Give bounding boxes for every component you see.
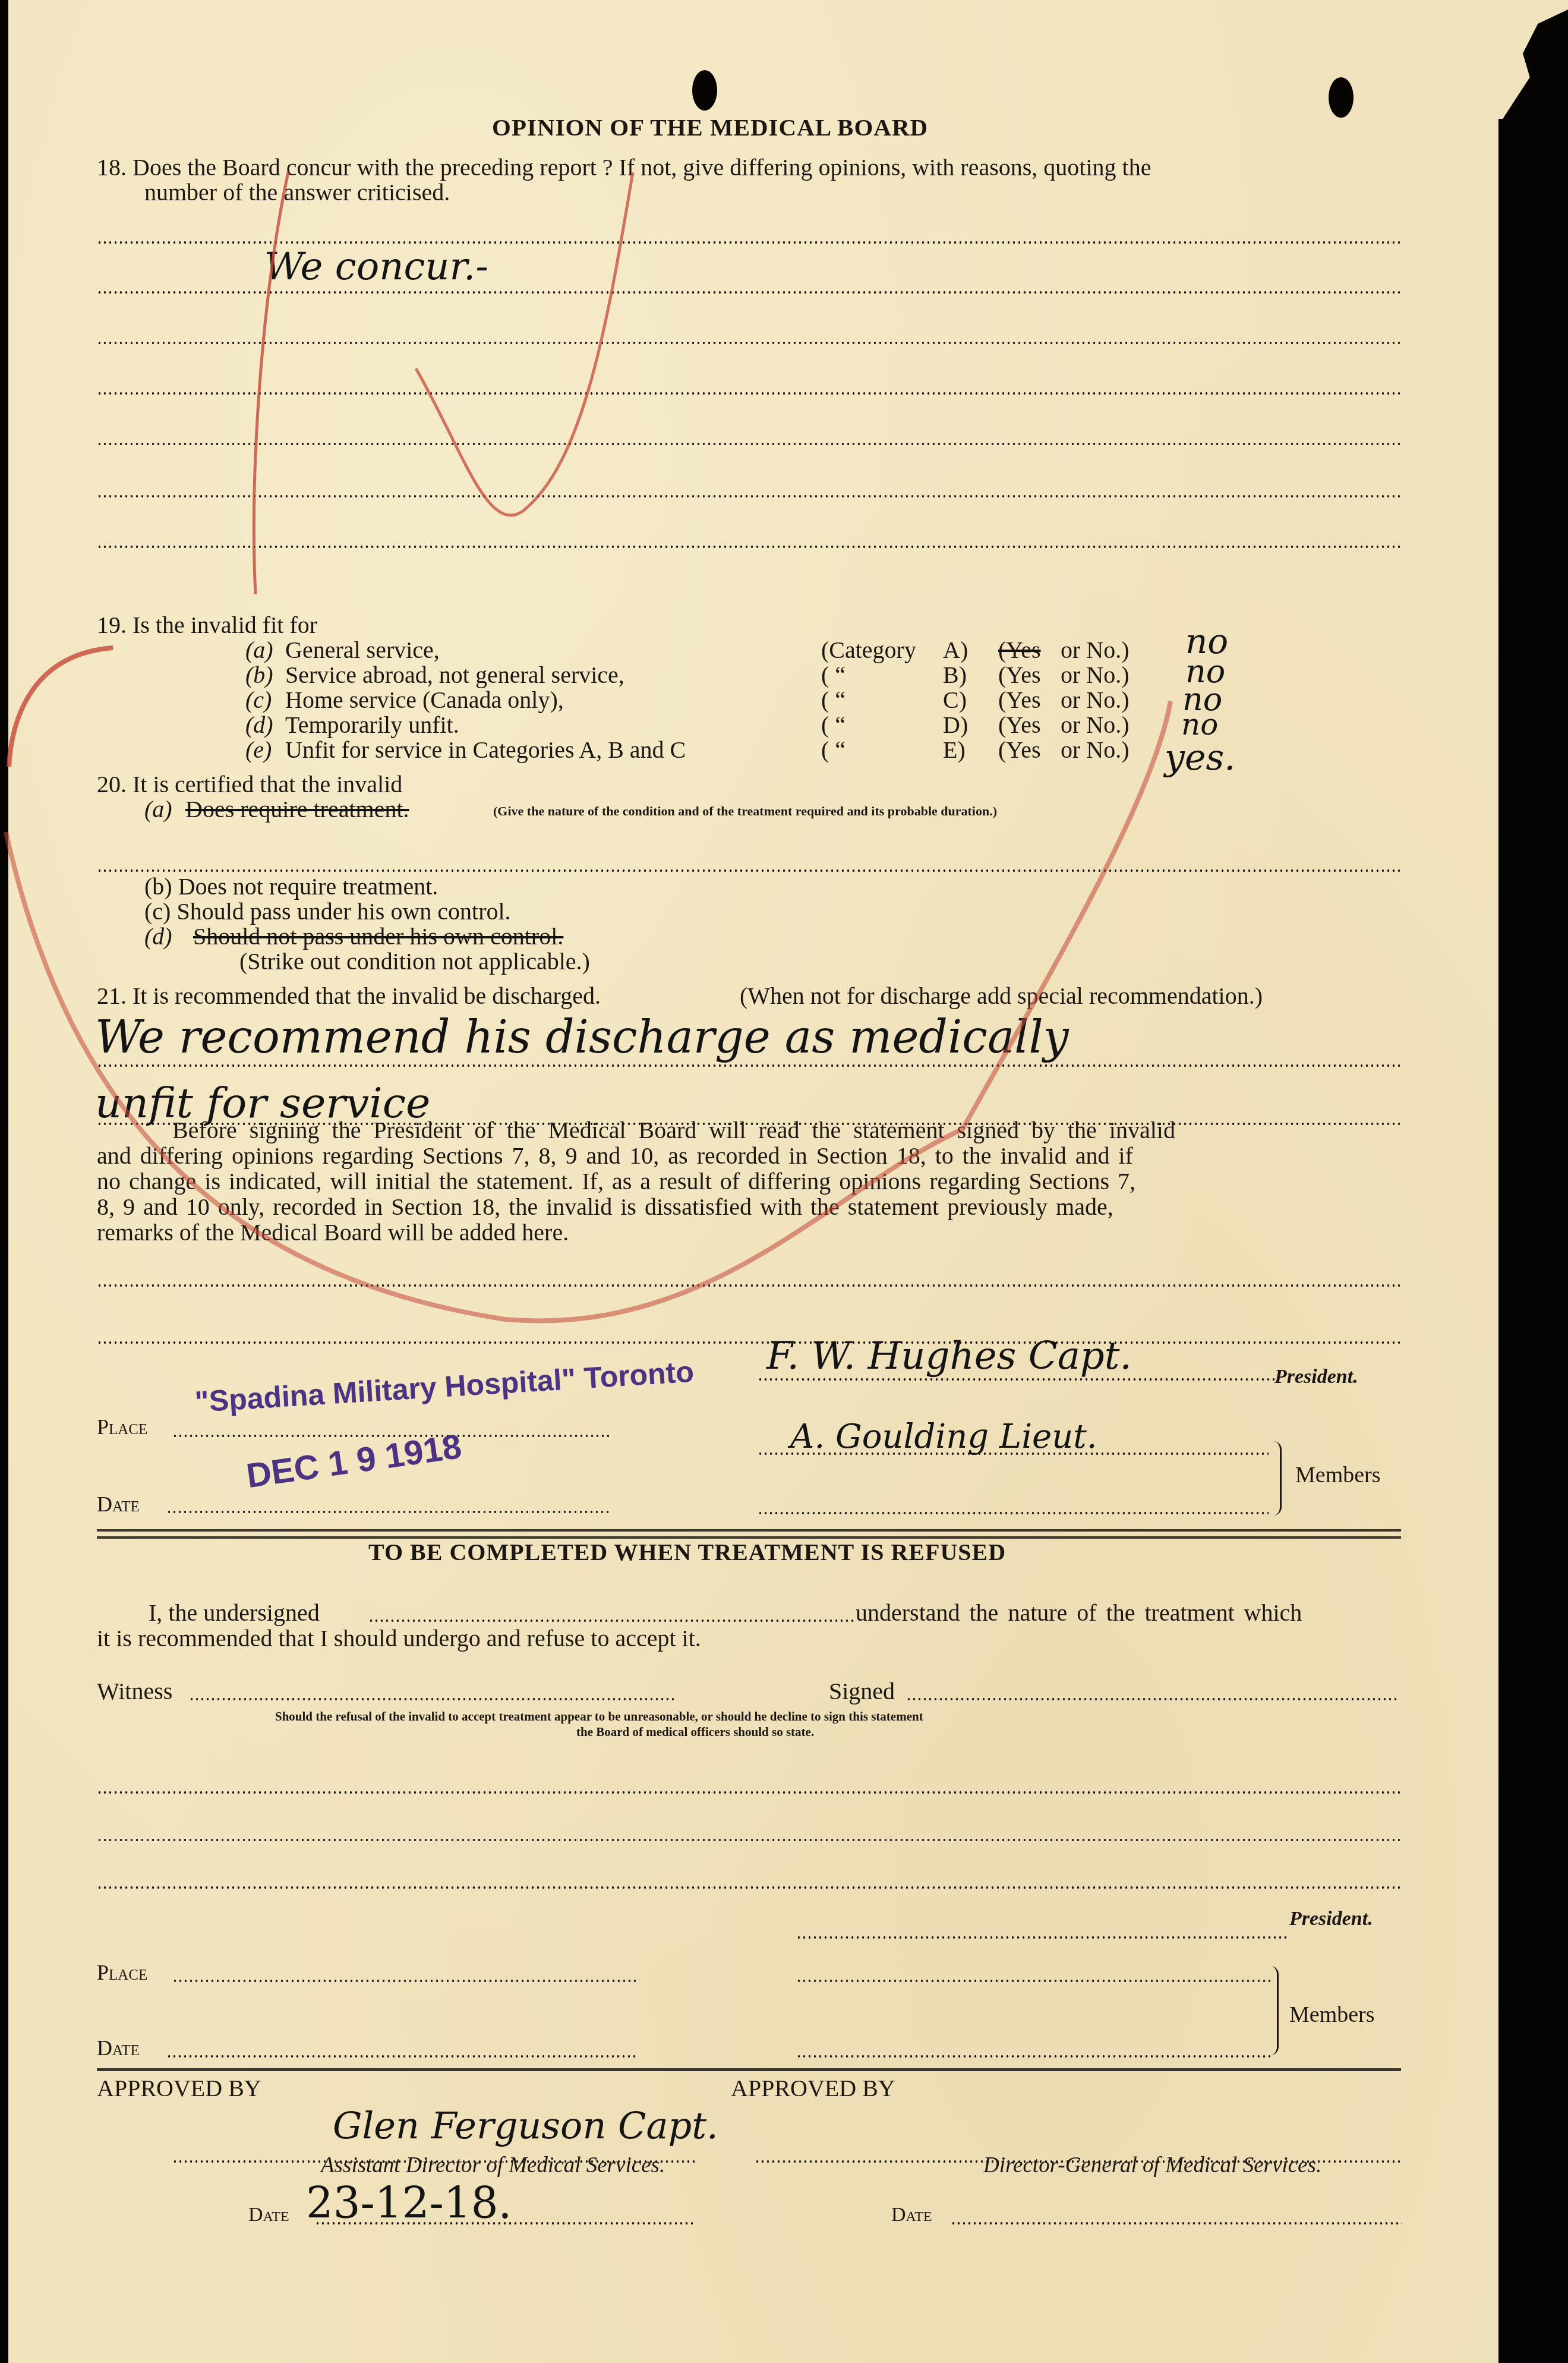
- refusal-members-brace: [1269, 1966, 1279, 2055]
- q21-instruction-line: and differing opinions regarding Section…: [97, 1142, 1133, 1170]
- q18-answer-line-7: [97, 545, 1401, 549]
- refusal-president-label: President.: [1289, 1908, 1373, 1930]
- q21-remarks-line-1: [97, 1284, 1401, 1287]
- q19-letter: (c): [245, 686, 272, 714]
- q19-label: Unfit for service in Categories A, B and…: [285, 736, 686, 764]
- adms-signature[interactable]: Glen Ferguson Capt.: [333, 2104, 718, 2147]
- q20-a-note: (Give the nature of the condition and of…: [493, 804, 997, 819]
- q20-b: (b) Does not require treatment.: [144, 872, 438, 900]
- section-divider-1: [97, 1529, 1401, 1532]
- q21-note: (When not for discharge add special reco…: [740, 982, 1263, 1010]
- q19-or-no: or No.): [1061, 661, 1130, 689]
- q19-letter: (e): [245, 736, 272, 764]
- q19-category-open: ( “: [821, 661, 845, 689]
- q19-category-open: ( “: [821, 711, 845, 739]
- refusal-member-line-2[interactable]: [796, 2055, 1272, 2058]
- punch-hole-left: [692, 70, 717, 111]
- q18-question: 18. Does the Board concur with the prece…: [97, 153, 1151, 181]
- refusal-president-line[interactable]: [796, 1936, 1289, 1939]
- refusal-note-2: the Board of medical officers should so …: [576, 1725, 814, 1740]
- q19-category-open: ( “: [821, 736, 845, 764]
- adms-date-value[interactable]: 23-12-18.: [306, 2178, 512, 2228]
- signed-line[interactable]: [906, 1697, 1399, 1701]
- refusal-place-label: Place: [97, 1960, 147, 1985]
- q19-category: C): [943, 686, 967, 714]
- q20-a-label-struck: Does require treatment.: [185, 795, 409, 823]
- member-signature[interactable]: A. Goulding Lieut.: [790, 1417, 1097, 1456]
- refusal-members-label: Members: [1289, 2002, 1375, 2028]
- members-label: Members: [1295, 1462, 1381, 1488]
- refusal-line-2: it is recommended that I should undergo …: [97, 1624, 701, 1652]
- q21-instruction-line: 8, 9 and 10 only, recorded in Section 18…: [97, 1193, 1113, 1221]
- refusal-remarks-line-1[interactable]: [97, 1791, 1401, 1794]
- q19-label: Temporarily unfit.: [285, 711, 459, 739]
- q19-category-open: (Category: [821, 636, 916, 664]
- q19-category-open: ( “: [821, 686, 845, 714]
- q19-category: A): [943, 636, 968, 664]
- q18-answer-line-4: [97, 392, 1401, 395]
- q19-category: D): [943, 711, 968, 739]
- q21-instruction-line: no change is indicated, will initial the…: [97, 1167, 1135, 1195]
- q19-label: General service,: [285, 636, 440, 664]
- q18-handwritten-answer[interactable]: We concur.-: [264, 245, 488, 289]
- adms-title: Assistant Director of Medical Services.: [321, 2153, 665, 2178]
- refusal-note-1: Should the refusal of the invalid to acc…: [275, 1709, 923, 1724]
- q19-letter: (a): [245, 636, 273, 664]
- approved-by-right: APPROVED BY: [731, 2074, 895, 2102]
- q21-answer-line-1: [97, 1064, 1401, 1067]
- refusal-remarks-line-3[interactable]: [97, 1886, 1401, 1889]
- page-title: OPINION OF THE MEDICAL BOARD: [492, 113, 928, 141]
- q21-heading: 21. It is recommended that the invalid b…: [97, 982, 601, 1010]
- q20-a-letter: (a): [144, 795, 172, 823]
- refusal-title: TO BE COMPLETED WHEN TREATMENT IS REFUSE…: [368, 1538, 1006, 1566]
- q19-or-no: or No.): [1061, 736, 1130, 764]
- approved-by-left: APPROVED BY: [97, 2074, 261, 2102]
- refusal-member-line-1[interactable]: [796, 1979, 1272, 1983]
- member-line-2[interactable]: [758, 1511, 1269, 1515]
- q19-yes: (Yes: [998, 686, 1041, 714]
- signed-label: Signed: [829, 1677, 895, 1705]
- undersigned-name-line[interactable]: [368, 1619, 856, 1622]
- dgms-date-label: Date: [891, 2204, 932, 2226]
- refusal-place-line[interactable]: [172, 1979, 636, 1983]
- adms-date-line[interactable]: [315, 2222, 695, 2225]
- refusal-date-label: Date: [97, 2036, 140, 2060]
- q19-answer[interactable]: yes.: [1165, 737, 1235, 779]
- punch-hole-right: [1329, 77, 1354, 118]
- approval-divider: [97, 2068, 1401, 2071]
- q21-instruction-line: Before signing the President of the Medi…: [172, 1116, 1175, 1144]
- date-line[interactable]: [166, 1510, 609, 1514]
- president-signature[interactable]: F. W. Hughes Capt.: [766, 1334, 1132, 1378]
- q18-answer-line-2: [97, 291, 1401, 294]
- q20-d-letter: (d): [144, 922, 172, 950]
- member-line-1[interactable]: [758, 1452, 1269, 1455]
- q19-category: E): [943, 736, 966, 764]
- witness-label: Witness: [97, 1677, 172, 1705]
- adms-date-label: Date: [248, 2204, 289, 2226]
- q21-instruction-line: remarks of the Medical Board will be add…: [97, 1218, 569, 1246]
- q20-strike-note: (Strike out condition not applicable.): [239, 947, 590, 975]
- refusal-line-start: I, the undersigned: [149, 1599, 320, 1627]
- q21-remarks-line-2: [97, 1341, 1401, 1344]
- q19-letter: (d): [245, 711, 273, 739]
- president-line[interactable]: [758, 1378, 1277, 1381]
- q19-or-no: or No.): [1061, 686, 1130, 714]
- q20-d-label-struck: Should not pass under his own control.: [193, 922, 563, 950]
- q18-question-cont: number of the answer criticised.: [144, 178, 450, 206]
- date-label: Date: [97, 1492, 140, 1517]
- q19-category: B): [943, 661, 967, 689]
- president-label: President.: [1274, 1366, 1358, 1388]
- q20-c: (c) Should pass under his own control.: [144, 897, 511, 925]
- q19-yes: (Yes: [998, 711, 1041, 739]
- q18-answer-line-3: [97, 341, 1401, 345]
- q19-yes: (Yes: [998, 661, 1041, 689]
- torn-corner: [1468, 0, 1568, 119]
- q19-label: Home service (Canada only),: [285, 686, 564, 714]
- q18-answer-line-1: [97, 241, 1401, 244]
- q18-answer-line-6: [97, 494, 1401, 498]
- q19-label: Service abroad, not general service,: [285, 661, 624, 689]
- q19-heading: 19. Is the invalid fit for: [97, 611, 317, 639]
- refusal-remarks-line-2[interactable]: [97, 1838, 1401, 1842]
- q18-answer-line-5: [97, 442, 1401, 446]
- members-brace: [1272, 1441, 1282, 1516]
- refusal-line-end: understand the nature of the treatment w…: [856, 1599, 1302, 1627]
- place-label: Place: [97, 1414, 147, 1439]
- dgms-date-line[interactable]: [951, 2222, 1402, 2225]
- q21-handwritten-line-1[interactable]: We recommend his discharge as medically: [95, 1010, 1069, 1063]
- refusal-date-line[interactable]: [166, 2055, 636, 2058]
- q19-yes: (Yes: [998, 736, 1041, 764]
- q19-yes-struck: (Yes: [998, 636, 1041, 664]
- q19-letter: (b): [245, 661, 273, 689]
- q19-or-no: or No.): [1061, 636, 1130, 664]
- dgms-title: Director-General of Medical Services.: [983, 2153, 1321, 2178]
- q20-heading: 20. It is certified that the invalid: [97, 770, 402, 798]
- q19-or-no: or No.): [1061, 711, 1130, 739]
- witness-line[interactable]: [189, 1697, 676, 1701]
